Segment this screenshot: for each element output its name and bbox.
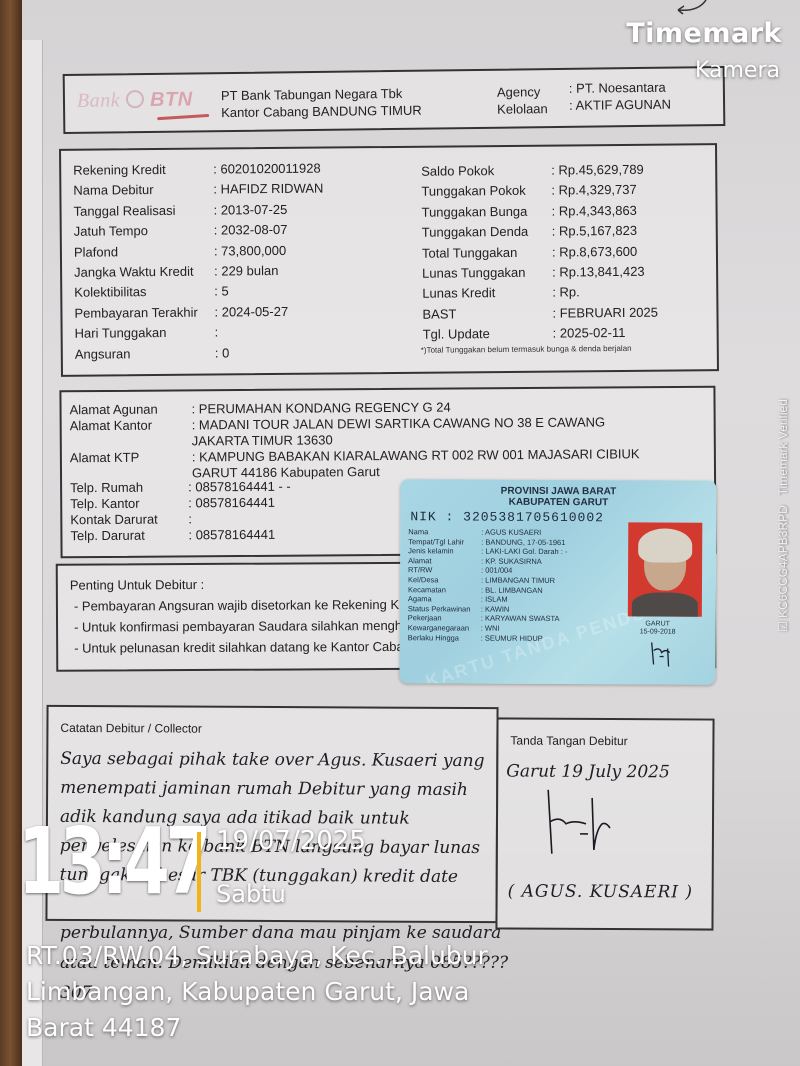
agency-values: : PT. Noesantara : AKTIF AGUNAN [569, 79, 671, 114]
signature-title: Tanda Tangan Debitur [510, 734, 627, 749]
credit-row: Tunggakan Denda: Rp.5,167,823 [422, 221, 658, 243]
address-row: Alamat KTP: KAMPUNG BABAKAN KIARALAWANG … [70, 446, 662, 482]
credit-right-list: Saldo Pokok: Rp.45,629,789 Tunggakan Pok… [421, 160, 658, 346]
credit-row: Tunggakan Pokok: Rp.4,329,737 [421, 180, 657, 202]
bank-emblem-icon [126, 90, 144, 108]
credit-info-box: Rekening Kredit: 60201020011928 Nama Deb… [59, 143, 719, 377]
pen-mark [668, 0, 712, 16]
kelolaan-value: : AKTIF AGUNAN [569, 96, 671, 114]
timemark-sub: Kamera [695, 58, 780, 83]
credit-row: Jatuh Tempo: 2032-08-07 [74, 220, 324, 243]
signature-place-date: Garut 19 July 2025 [506, 761, 670, 782]
credit-row: Hari Tunggakan: [75, 322, 325, 345]
notes-title: Catatan Debitur / Collector [60, 721, 201, 736]
timestamp-time: 13:47 [18, 812, 207, 912]
credit-row: Tgl. Update: 2025-02-11 [423, 323, 659, 345]
signature-name: ( AGUS. KUSAERI ) [508, 881, 693, 902]
logo-swoosh [157, 114, 209, 120]
credit-footnote: *)Total Tunggakan belum termasuk bunga &… [421, 344, 632, 355]
branch-name: Kantor Cabang BANDUNG TIMUR [221, 102, 422, 121]
credit-row: Plafond: 73,800,000 [74, 240, 324, 263]
phone-row: Kontak Darurat: [70, 511, 291, 529]
address-list: Alamat Agunan: PERUMAHAN KONDANG REGENCY… [70, 398, 663, 482]
card-field: Berlaku Hingga: SEUMUR HIDUP [408, 633, 567, 643]
credit-left-list: Rekening Kredit: 60201020011928 Nama Deb… [73, 159, 325, 365]
notice-item: - Pembayaran Angsuran wajib disetorkan k… [74, 594, 404, 617]
timestamp-divider [197, 832, 201, 912]
debtor-signature-box: Tanda Tangan Debitur Garut 19 July 2025 … [495, 717, 714, 930]
bank-info: PT Bank Tabungan Negara Tbk Kantor Caban… [221, 85, 422, 121]
credit-row: Kolektibilitas: 5 [74, 281, 324, 304]
id-card-ktp: KARTU TANDA PENDUDUK PROVINSI JAWA BARAT… [399, 479, 716, 685]
notice-list: - Pembayaran Angsuran wajib disetorkan k… [74, 594, 404, 659]
credit-row: Total Tunggakan: Rp.8,673,600 [422, 241, 658, 263]
card-header: PROVINSI JAWA BARAT KABUPATEN GARUT [400, 485, 716, 509]
notice-item: - Untuk pelunasan kredit silahkan datang… [74, 636, 404, 659]
credit-row: Jangka Waktu Kredit: 229 bulan [74, 261, 324, 284]
credit-row: Nama Debitur: HAFIDZ RIDWAN [73, 179, 323, 202]
timemark-brand: Timemark [626, 18, 782, 49]
credit-row: BAST: FEBRUARI 2025 [422, 302, 658, 324]
timestamp-day: Sabtu [216, 880, 286, 908]
verification-stamp: ☑ KC6CCG4APB3RPD Timemark Verified [776, 399, 790, 632]
phone-row: Telp. Kantor: 08578164441 [70, 495, 291, 513]
credit-row: Rekening Kredit: 60201020011928 [73, 159, 323, 182]
agency-value: : PT. Noesantara [569, 79, 671, 97]
credit-row: Tunggakan Bunga: Rp.4,343,863 [421, 200, 657, 222]
timestamp-location: RT.03/RW.04, Surabaya, Kec. Balubur Limb… [26, 938, 506, 1046]
credit-row: Angsuran: 0 [75, 342, 325, 365]
signature-scribble-icon [546, 790, 636, 860]
card-photo [628, 522, 702, 616]
credit-row: Pembayaran Terakhir: 2024-05-27 [74, 301, 324, 324]
phone-row: Telp. Rumah: 08578164441 - - [70, 479, 291, 497]
phone-row: Telp. Darurat: 08578164441 [70, 527, 291, 545]
notice-item: - Untuk konfirmasi pembayaran Saudara si… [74, 615, 404, 638]
card-signature-icon [648, 638, 678, 668]
card-issued: GARUT 15-09-2018 [640, 620, 676, 636]
btn-logo: BankBTN [77, 88, 193, 112]
phone-list: Telp. Rumah: 08578164441 - - Telp. Kanto… [70, 479, 291, 545]
credit-row: Lunas Kredit: Rp. [422, 282, 658, 304]
shield-check-icon: ☑ [776, 621, 790, 632]
credit-row: Lunas Tunggakan: Rp.13,841,423 [422, 262, 658, 284]
credit-row: Saldo Pokok: Rp.45,629,789 [421, 160, 657, 182]
card-nik: NIK : 3205381705610002 [410, 509, 604, 525]
card-fields: Nama: AGUS KUSAERI Tempat/Tgl Lahir: BAN… [408, 527, 568, 643]
notice-title: Penting Untuk Debitur : [70, 577, 204, 593]
credit-row: Tanggal Realisasi: 2013-07-25 [73, 199, 323, 222]
agency-labels: Agency Kelolaan [497, 83, 548, 118]
bank-header: BankBTN PT Bank Tabungan Negara Tbk Kant… [63, 66, 726, 134]
address-row: Alamat Kantor: MADANI TOUR JALAN DEWI SA… [70, 414, 662, 450]
timestamp-date: 19/07/2025 [216, 826, 366, 856]
